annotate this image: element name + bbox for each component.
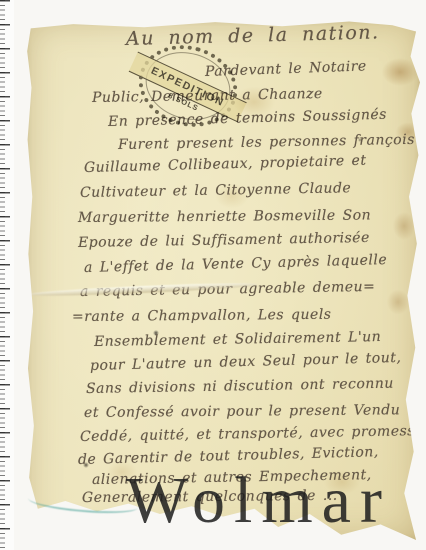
watermark-text: Wolmar <box>126 468 391 534</box>
manuscript-line: Sans divisions ni discution ont reconnu <box>86 376 394 397</box>
manuscript-line: et Confessé avoir pour le present Vendu <box>84 402 400 421</box>
manuscript-line: =rante a Champvallon, Les quels <box>72 307 332 325</box>
manuscript-line: Furent present les personnes françois <box>118 132 415 153</box>
manuscript-line: Cultivateur et la Citoyenne Claude <box>80 180 352 201</box>
manuscript-line: Ensemblement et Solidairement L'un <box>94 329 382 350</box>
manuscript-line: Guillaume Collibeaux, propietaire et <box>84 153 367 176</box>
manuscript-page: EXPEDITION 8 SOLS Au nom de la nation. P… <box>26 20 420 540</box>
manuscript-line: a L'effet de la Vente Cy après laquelle <box>84 252 388 276</box>
manuscript-line: pour L'autre un deux Seul pour le tout, <box>90 350 402 374</box>
measurement-ruler <box>0 0 14 550</box>
manuscript-line: Ceddé, quitté, et transporté, avec prome… <box>80 423 424 445</box>
manuscript-line: Epouze de lui Suffisament authorisée <box>78 230 370 251</box>
manuscript-line: Margueritte henriette Bosmeville Son <box>78 207 371 226</box>
